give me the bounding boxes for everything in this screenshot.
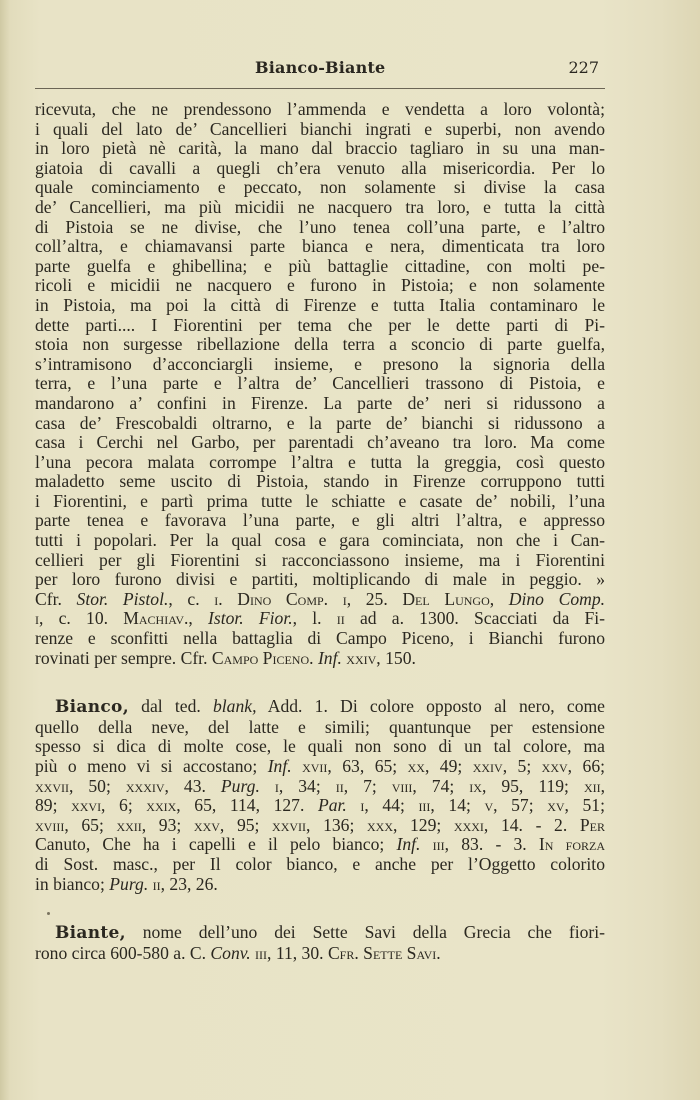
print-speck [47,912,50,915]
text-line: i, c. 10. Machiav., Istor. Fior., l. ii … [35,609,605,629]
body-text: ricevuta, che ne prendessono l’ammenda e… [35,100,605,963]
text-line: Bianco, dal ted. blank, Add. 1. Di color… [35,697,605,718]
text-line: di Pistoia se ne divise, che l’uno tenea… [35,218,605,238]
text-line: per loro furono divisi e partiti, moltip… [35,570,605,590]
text-line: renze e sconfitti nella battaglia di Cam… [35,629,605,649]
text-line: parte tenea e favorava l’una parte, e gl… [35,511,605,531]
running-title: Bianco-Biante [255,58,385,77]
text-line: parte guelfa e ghibellina; e più battagl… [35,257,605,277]
text-line: più o meno vi si accostano; Inf. xvii, 6… [35,757,605,777]
text-line: Canuto, Che ha i capelli e il pelo bianc… [35,835,605,855]
text-line: i Fiorentini, e partì prima tutte le sch… [35,492,605,512]
text-line: cellieri per gli Fiorentini si racconcia… [35,551,605,571]
text-line: di Sost. masc., per Il color bianco, e a… [35,855,605,875]
text-line: in bianco; Purg. ii, 23, 26. [35,875,605,895]
continued-quotation: ricevuta, che ne prendessono l’ammenda e… [35,100,605,590]
text-line: Cfr. Stor. Pistol., c. i. Dino Comp. i, … [35,590,605,610]
text-line: i quali del lato de’ Cancellieri bianchi… [35,120,605,140]
text-line: in loro pietà nè carità, la mano dal bra… [35,139,605,159]
text-line: spesso si dica di molte cose, le quali n… [35,737,605,757]
text-line: tutti i popolari. Per la qual cosa e gar… [35,531,605,551]
entry-bianco: Bianco, dal ted. blank, Add. 1. Di color… [35,697,605,894]
text-line: stoia non surgesse ribellazione della te… [35,335,605,355]
text-line: giatoia di cavalli a quegli ch’era venut… [35,159,605,179]
text-line: xxvii, 50; xxxiv, 43. Purg. i, 34; ii, 7… [35,777,605,797]
running-header: Bianco-Biante 227 [35,56,605,86]
text-line: l’una pecora malata corrompe l’altra e t… [35,453,605,473]
text-line: s’intramisono d’acconciargli insieme, e … [35,355,605,375]
text-line: rovinati per sempre. Cfr. Campo Piceno. … [35,649,605,669]
entry-biante: Biante, nome dell’uno dei Sette Savi del… [35,923,605,963]
text-line: casa de’ Frescobaldi oltrarno, e la part… [35,414,605,434]
text-line: mandarono a’ confini in Firenze. La part… [35,394,605,414]
text-line: 89; xxvi, 6; xxix, 65, 114, 127. Par. i,… [35,796,605,816]
text-line: de’ Cancellieri, ma più micidii ne nacqu… [35,198,605,218]
text-line: in Pistoia, ma poi la città di Firenze e… [35,296,605,316]
header-rule [35,88,605,89]
text-line: dette parti.... I Fiorentini per tema ch… [35,316,605,336]
text-line: rono circa 600-580 a. C. Conv. iii, 11, … [35,944,605,964]
text-line: ricoli e micidii ne nacquero e furono in… [35,276,605,296]
text-line: quello della neve, del latte e simili; q… [35,718,605,738]
text-line: ricevuta, che ne prendessono l’ammenda e… [35,100,605,120]
text-line: Biante, nome dell’uno dei Sette Savi del… [35,923,605,944]
text-line: coll’altra, e chiamavansi parte bianca e… [35,237,605,257]
text-line: terra, e l’una parte e l’altra de’ Cance… [35,374,605,394]
text-line: quale cominciamento e peccato, non solam… [35,178,605,198]
text-line: xviii, 65; xxii, 93; xxv, 95; xxvii, 136… [35,816,605,836]
text-line: casa i Cerchi nel Garbo, per parentadi c… [35,433,605,453]
headword: Biante, [55,923,126,943]
page-number: 227 [568,58,599,77]
text-line: maladetto seme uscito di Pistoia, stando… [35,472,605,492]
headword: Bianco, [55,697,129,717]
